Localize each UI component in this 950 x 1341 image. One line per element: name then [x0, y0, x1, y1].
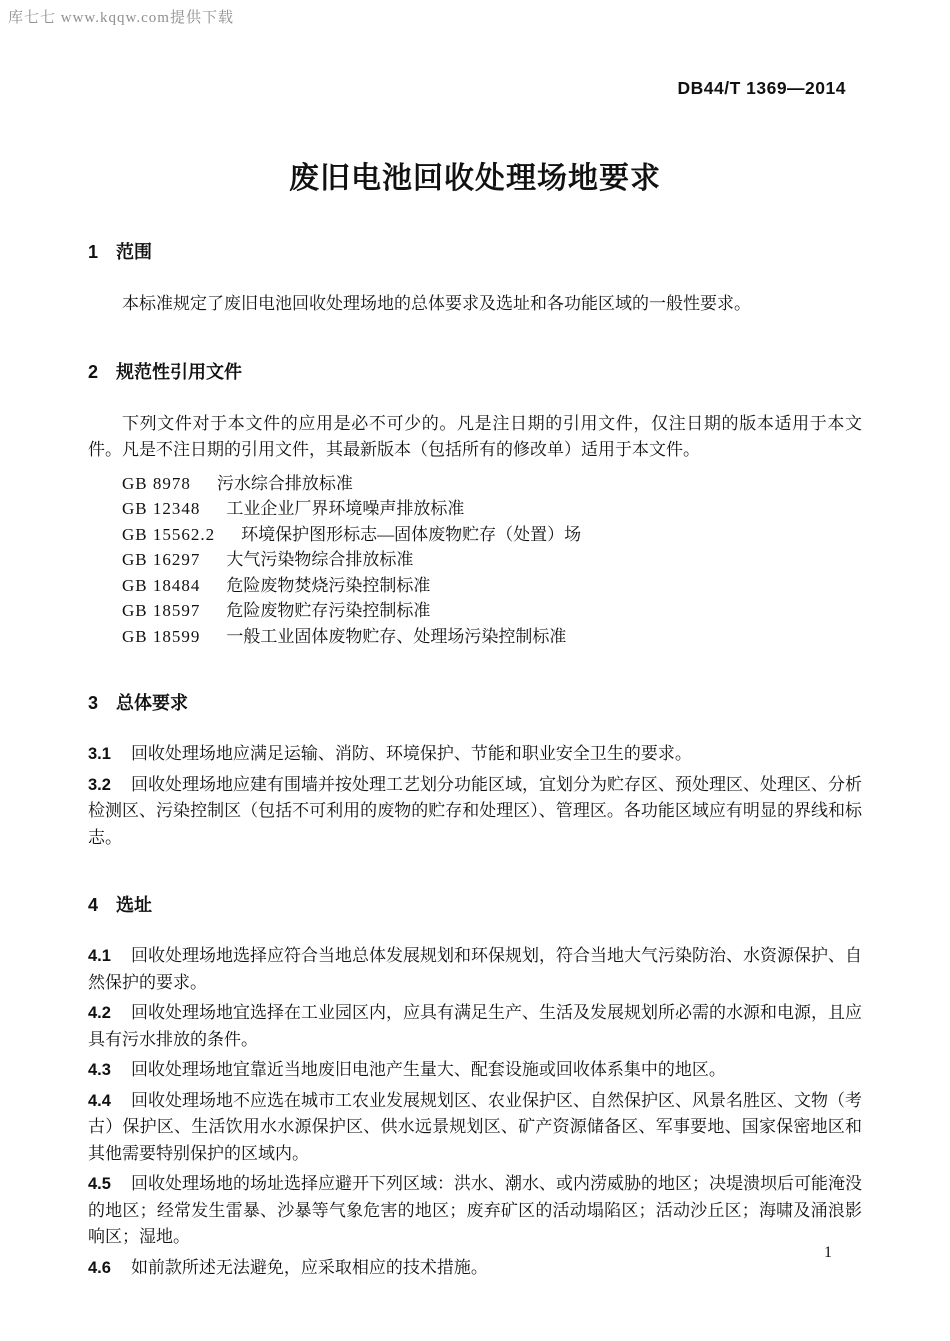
clause-text: 如前款所述无法避免，应采取相应的技术措施。	[131, 1258, 488, 1277]
document-content: 废旧电池回收处理场地要求 1范围 本标准规定了废旧电池回收处理场地的总体要求及选…	[0, 0, 950, 1281]
reference-code: GB 16297	[122, 550, 200, 569]
reference-title: 一般工业固体废物贮存、处理场污染控制标准	[226, 627, 566, 646]
reference-item: GB 16297大气污染物综合排放标准	[122, 547, 862, 573]
clause-text: 回收处理场地的场址选择应避开下列区域：洪水、潮水、或内涝威胁的地区；决堤溃坝后可…	[88, 1174, 862, 1246]
clause-text: 回收处理场地宜靠近当地废旧电池产生量大、配套设施或回收体系集中的地区。	[131, 1060, 726, 1079]
clause-4-4: 4.4回收处理场地不应选在城市工农业发展规划区、农业保护区、自然保护区、风景名胜…	[88, 1088, 862, 1168]
reference-title: 污水综合排放标准	[217, 474, 353, 493]
clause-4-3: 4.3回收处理场地宜靠近当地废旧电池产生量大、配套设施或回收体系集中的地区。	[88, 1057, 862, 1084]
reference-code: GB 18597	[122, 601, 200, 620]
section-2-title: 规范性引用文件	[116, 362, 242, 382]
section-3-heading: 3总体要求	[88, 691, 862, 715]
reference-item: GB 18599一般工业固体废物贮存、处理场污染控制标准	[122, 624, 862, 650]
section-2-number: 2	[88, 362, 98, 382]
section-4-clauses: 4.1回收处理场地选择应符合当地总体发展规划和环保规划，符合当地大气污染防治、水…	[88, 943, 862, 1281]
watermark: 库七七 www.kqqw.com提供下载	[8, 6, 234, 27]
reference-title: 环境保护图形标志—固体废物贮存（处置）场	[241, 525, 581, 544]
reference-title: 危险废物焚烧污染控制标准	[226, 576, 430, 595]
clause-text: 回收处理场地应建有围墙并按处理工艺划分功能区域，宜划分为贮存区、预处理区、处理区…	[88, 775, 862, 847]
page-number: 1	[824, 1244, 832, 1262]
section-1-title: 范围	[116, 242, 152, 262]
clause-text: 回收处理场地应满足运输、消防、环境保护、节能和职业安全卫生的要求。	[131, 744, 692, 763]
section-4-number: 4	[88, 895, 98, 915]
section-2-paragraph: 下列文件对于本文件的应用是必不可少的。凡是注日期的引用文件，仅注日期的版本适用于…	[88, 411, 862, 464]
clause-number: 4.2	[88, 1004, 111, 1022]
clause-4-2: 4.2回收处理场地宜选择在工业园区内，应具有满足生产、生活及发展规划所必需的水源…	[88, 1000, 862, 1053]
section-1-paragraph: 本标准规定了废旧电池回收处理场地的总体要求及选址和各功能区域的一般性要求。	[88, 291, 862, 318]
reference-code: GB 8978	[122, 474, 191, 493]
reference-title: 工业企业厂界环境噪声排放标准	[226, 499, 464, 518]
clause-text: 回收处理场地选择应符合当地总体发展规划和环保规划，符合当地大气污染防治、水资源保…	[88, 946, 862, 992]
clause-number: 3.1	[88, 745, 111, 763]
clause-number: 4.3	[88, 1061, 111, 1079]
section-3-number: 3	[88, 693, 98, 713]
reference-item: GB 8978污水综合排放标准	[122, 471, 862, 497]
section-3-title: 总体要求	[116, 693, 188, 713]
clause-3-2: 3.2回收处理场地应建有围墙并按处理工艺划分功能区域，宜划分为贮存区、预处理区、…	[88, 772, 862, 852]
clause-text: 回收处理场地不应选在城市工农业发展规划区、农业保护区、自然保护区、风景名胜区、文…	[88, 1091, 862, 1163]
clause-number: 3.2	[88, 776, 111, 794]
reference-code: GB 12348	[122, 499, 200, 518]
reference-code: GB 18484	[122, 576, 200, 595]
clause-number: 4.1	[88, 947, 111, 965]
clause-number: 4.6	[88, 1259, 111, 1277]
clause-number: 4.5	[88, 1175, 111, 1193]
reference-code: GB 15562.2	[122, 525, 215, 544]
reference-title: 危险废物贮存污染控制标准	[226, 601, 430, 620]
reference-code: GB 18599	[122, 627, 200, 646]
clause-text: 回收处理场地宜选择在工业园区内，应具有满足生产、生活及发展规划所必需的水源和电源…	[88, 1003, 862, 1049]
reference-title: 大气污染物综合排放标准	[226, 550, 413, 569]
document-title: 废旧电池回收处理场地要求	[88, 160, 862, 198]
reference-item: GB 12348工业企业厂界环境噪声排放标准	[122, 496, 862, 522]
reference-item: GB 18597危险废物贮存污染控制标准	[122, 598, 862, 624]
document-page: 库七七 www.kqqw.com提供下载 DB44/T 1369—2014 废旧…	[0, 0, 950, 1341]
section-4-heading: 4选址	[88, 893, 862, 917]
section-4-title: 选址	[116, 895, 152, 915]
section-1-number: 1	[88, 242, 98, 262]
section-3-clauses: 3.1回收处理场地应满足运输、消防、环境保护、节能和职业安全卫生的要求。 3.2…	[88, 741, 862, 851]
reference-list: GB 8978污水综合排放标准 GB 12348工业企业厂界环境噪声排放标准 G…	[122, 471, 862, 650]
section-2-heading: 2规范性引用文件	[88, 360, 862, 384]
clause-4-6: 4.6如前款所述无法避免，应采取相应的技术措施。	[88, 1255, 862, 1282]
section-1-heading: 1范围	[88, 240, 862, 264]
clause-3-1: 3.1回收处理场地应满足运输、消防、环境保护、节能和职业安全卫生的要求。	[88, 741, 862, 768]
clause-4-5: 4.5回收处理场地的场址选择应避开下列区域：洪水、潮水、或内涝威胁的地区；决堤溃…	[88, 1171, 862, 1251]
clause-number: 4.4	[88, 1092, 111, 1110]
reference-item: GB 15562.2环境保护图形标志—固体废物贮存（处置）场	[122, 522, 862, 548]
reference-item: GB 18484危险废物焚烧污染控制标准	[122, 573, 862, 599]
doc-number: DB44/T 1369—2014	[677, 78, 846, 99]
clause-4-1: 4.1回收处理场地选择应符合当地总体发展规划和环保规划，符合当地大气污染防治、水…	[88, 943, 862, 996]
